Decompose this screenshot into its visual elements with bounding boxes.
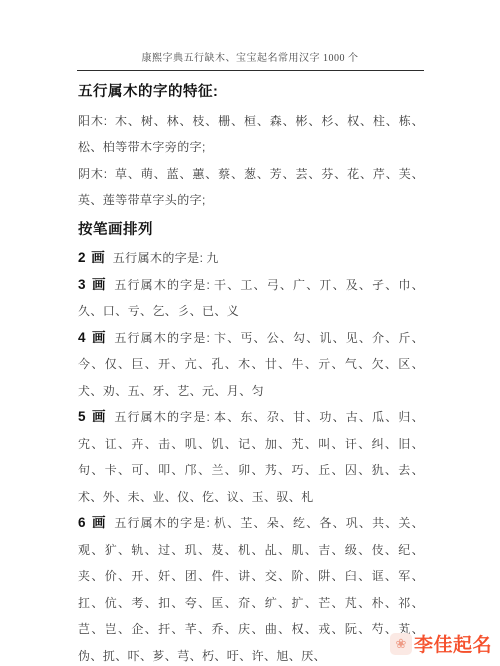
stroke-group-characters: 本、东、尕、甘、功、古、瓜、归、宄、讧、卉、击、叽、饥、记、加、艽、叫、讦、纠、… bbox=[78, 410, 424, 504]
yin-wood-label: 阴木: bbox=[78, 167, 108, 181]
yang-wood-paragraph: 阳木:木、树、林、枝、栅、桓、森、彬、杉、权、柱、栋、松、柏等带木字旁的字; bbox=[78, 108, 424, 161]
stroke-group-5: 5 画五行属木的字是:本、东、尕、甘、功、古、瓜、归、宄、讧、卉、击、叽、饥、记… bbox=[78, 404, 424, 510]
document-page: 康熙字典五行缺木、宝宝起名常用汉字 1000 个 五行属木的字的特征: 阳木:木… bbox=[0, 0, 500, 666]
stroke-order-heading: 按笔画排列 bbox=[78, 217, 424, 244]
yang-wood-label: 阳木: bbox=[78, 114, 108, 128]
features-heading: 五行属木的字的特征: bbox=[78, 79, 424, 106]
brand-watermark: ❀ 李佳起名 bbox=[390, 630, 492, 657]
stroke-count-label: 3 画 bbox=[78, 277, 107, 292]
yin-wood-characters: 草、萌、蓝、蕙、蔡、葱、芳、芸、芬、花、芹、芙、英、莲等带草字头的字; bbox=[78, 167, 424, 208]
document-title: 康熙字典五行缺木、宝宝起名常用汉字 1000 个 bbox=[0, 0, 500, 64]
stroke-count-label: 4 画 bbox=[78, 330, 107, 345]
yang-wood-characters: 木、树、林、枝、栅、桓、森、彬、杉、权、柱、栋、松、柏等带木字旁的字; bbox=[78, 114, 424, 155]
stroke-count-label: 6 画 bbox=[78, 515, 107, 530]
stroke-group-characters: 朳、芏、朵、纥、各、巩、共、关、观、犷、轨、过、玑、芨、机、乩、肌、吉、级、伎、… bbox=[78, 516, 424, 663]
stroke-count-label: 5 画 bbox=[78, 409, 107, 424]
stroke-group-characters: 九 bbox=[206, 251, 218, 265]
stroke-group-4: 4 画五行属木的字是:卞、丐、公、勾、讥、见、介、斤、今、仅、巨、开、亢、孔、木… bbox=[78, 325, 424, 405]
brand-logo-icon: ❀ bbox=[390, 633, 412, 655]
stroke-group-6: 6 画五行属木的字是:朳、芏、朵、纥、各、巩、共、关、观、犷、轨、过、玑、芨、机… bbox=[78, 510, 424, 666]
yin-wood-paragraph: 阴木:草、萌、蓝、蕙、蔡、葱、芳、芸、芬、花、芹、芙、英、莲等带草字头的字; bbox=[78, 161, 424, 214]
stroke-group-lead: 五行属木的字是: bbox=[114, 331, 210, 345]
stroke-group-lead: 五行属木的字是: bbox=[113, 251, 204, 265]
stroke-count-label: 2 画 bbox=[78, 250, 106, 265]
stroke-group-lead: 五行属木的字是: bbox=[114, 516, 210, 530]
stroke-group-3: 3 画五行属木的字是:干、工、弓、广、丌、及、孑、巾、久、口、亏、乞、彡、已、义 bbox=[78, 272, 424, 325]
brand-watermark-text: 李佳起名 bbox=[414, 630, 492, 657]
document-body: 五行属木的字的特征: 阳木:木、树、林、枝、栅、桓、森、彬、杉、权、柱、栋、松、… bbox=[0, 71, 500, 666]
stroke-group-2: 2 画五行属木的字是:九 bbox=[78, 245, 424, 272]
stroke-group-lead: 五行属木的字是: bbox=[114, 410, 210, 424]
stroke-group-lead: 五行属木的字是: bbox=[114, 278, 210, 292]
